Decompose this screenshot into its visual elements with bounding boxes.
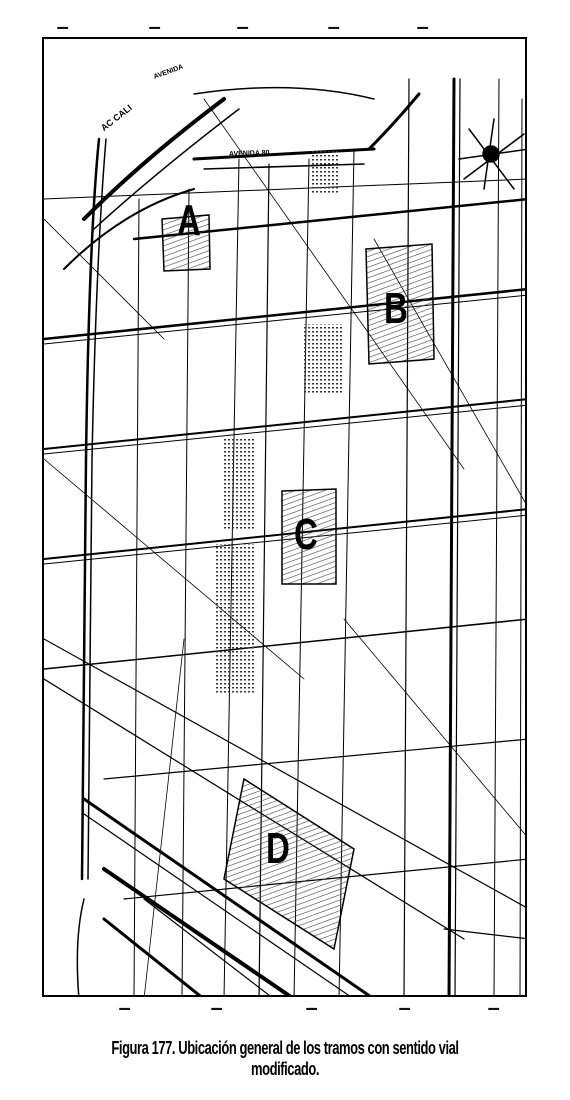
coord-tick-bottom: ▬▬ <box>399 1005 409 1012</box>
coord-tick-top: ▬▬ <box>149 24 159 31</box>
zone-label-c: C <box>294 513 318 557</box>
coord-tick-bottom: ▬▬ <box>119 1005 129 1012</box>
coord-tick-top: ▬▬ <box>417 24 427 31</box>
coord-tick-bottom: ▬▬ <box>211 1005 221 1012</box>
map-figure: ▬▬ ▬▬ ▬▬ ▬▬ ▬▬ ▬▬ ▬▬ ▬▬ ▬▬ ▬▬ <box>0 0 570 1100</box>
map-frame: A B C D AC CALI AVENIDA AVENIDA 80 <box>42 37 527 997</box>
zone-label-a: A <box>177 199 201 243</box>
coord-tick-bottom: ▬▬ <box>488 1005 498 1012</box>
figure-caption: Figura 177. Ubicación general de los tra… <box>0 1038 570 1080</box>
coord-tick-top: ▬▬ <box>237 24 247 31</box>
coord-tick-top: ▬▬ <box>57 24 67 31</box>
street-label-top-road: AVENIDA 80 <box>229 150 270 158</box>
zone-label-b: B <box>384 287 408 331</box>
zone-label-d: D <box>266 827 290 871</box>
coord-tick-top: ▬▬ <box>328 24 338 31</box>
coord-tick-bottom: ▬▬ <box>306 1005 316 1012</box>
caption-text: Figura 177. Ubicación general de los tra… <box>80 1038 490 1080</box>
